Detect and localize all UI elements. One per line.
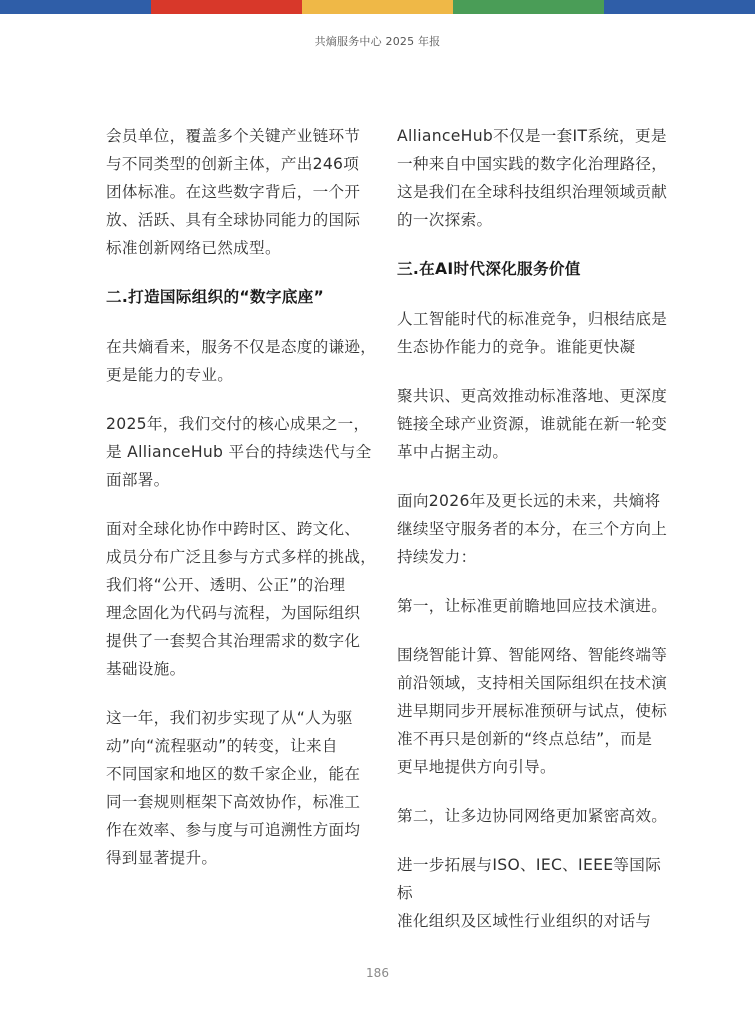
page-number: 186 [0, 966, 755, 980]
paragraph-alliancehub-deployment: 2025年，我们交付的核心成果之一， 是 AllianceHub 平台的持续迭代… [106, 410, 384, 494]
paragraph-frontier-fields: 围绕智能计算、智能网络、智能终端等 前沿领域，支持相关国际组织在技术演 进早期同… [397, 641, 675, 781]
color-stripe-red [151, 0, 302, 14]
color-stripe-blue-end [604, 0, 755, 14]
paragraph-international-dialogue: 进一步拓展与ISO、IEC、IEEE等国际标 准化组织及区域性行业组织的对话与 [397, 851, 675, 935]
paragraph-governance-infrastructure: 面对全球化协作中跨时区、跨文化、 成员分布广泛且参与方式多样的挑战， 我们将“公… [106, 515, 384, 683]
paragraph-consensus: 聚共识、更高效推动标准落地、更深度 链接全球产业资源，谁就能在新一轮变 革中占据… [397, 382, 675, 466]
paragraph-future-directions: 面向2026年及更长远的未来，共熵将 继续坚守服务者的本分，在三个方向上 持续发… [397, 487, 675, 571]
color-stripe-yellow [302, 0, 453, 14]
section-heading-ai-era: 三.在AI时代深化服务价值 [397, 255, 675, 283]
paragraph-alliancehub-path: AllianceHub不仅是一套IT系统，更是 一种来自中国实践的数字化治理路径… [397, 122, 675, 234]
paragraph-process-driven: 这一年，我们初步实现了从“人为驱 动”向“流程驱动”的转变，让来自 不同国家和地… [106, 704, 384, 872]
paragraph-direction-two: 第二，让多边协同网络更加紧密高效。 [397, 802, 675, 830]
color-stripe-blue [0, 0, 151, 14]
paragraph-direction-one: 第一，让标准更前瞻地回应技术演进。 [397, 592, 675, 620]
section-heading-digital-foundation: 二.打造国际组织的“数字底座” [106, 283, 384, 311]
paragraph-member-network: 会员单位，覆盖多个关键产业链环节 与不同类型的创新主体，产出246项 团体标准。… [106, 122, 384, 262]
paragraph-ai-competition: 人工智能时代的标准竞争，归根结底是 生态协作能力的竞争。谁能更快凝 [397, 305, 675, 361]
color-stripe-banner [0, 0, 755, 14]
right-column: AllianceHub不仅是一套IT系统，更是 一种来自中国实践的数字化治理路径… [397, 122, 675, 956]
left-column: 会员单位，覆盖多个关键产业链环节 与不同类型的创新主体，产出246项 团体标准。… [106, 122, 384, 893]
running-header: 共熵服务中心 2025 年报 [0, 33, 755, 49]
paragraph-service-philosophy: 在共熵看来，服务不仅是态度的谦逊， 更是能力的专业。 [106, 333, 384, 389]
color-stripe-green [453, 0, 604, 14]
